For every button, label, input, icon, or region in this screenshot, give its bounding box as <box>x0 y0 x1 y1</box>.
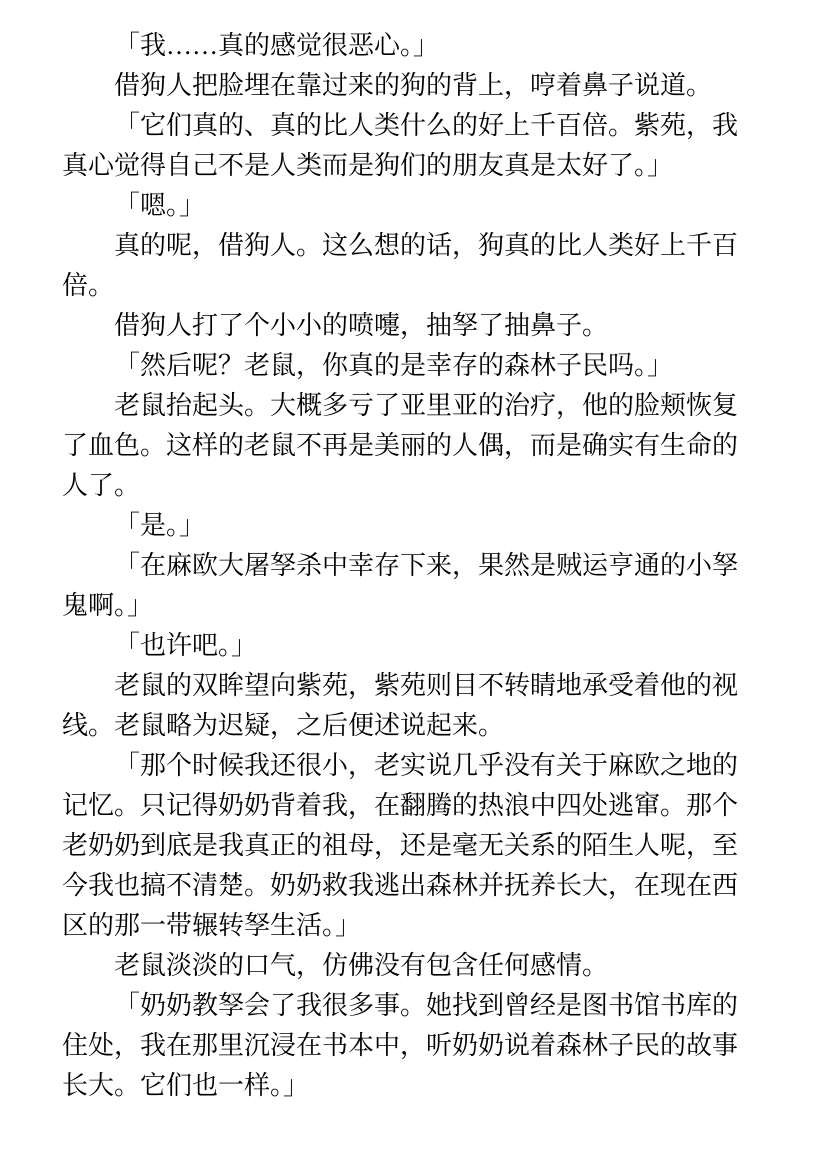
paragraph: 真的呢，借狗人。这么想的话，狗真的比人类好上千百倍。 <box>62 226 738 306</box>
paragraph: 「嗯。」 <box>62 186 738 226</box>
paragraph: 借狗人打了个小小的喷嚏，抽孥了抽鼻子。 <box>62 306 738 346</box>
paragraph: 「那个时候我还很小，老实说几乎没有关于麻欧之地的记忆。只记得奶奶背着我，在翻腾的… <box>62 746 738 946</box>
paragraph: 老鼠抬起头。大概多亏了亚里亚的治疗，他的脸颊恢复了血色。这样的老鼠不再是美丽的人… <box>62 386 738 506</box>
text-block: 「我……真的感觉很恶心。」 借狗人把脸埋在靠过来的狗的背上，哼着鼻子说道。 「它… <box>62 26 738 1106</box>
novel-page: 「我……真的感觉很恶心。」 借狗人把脸埋在靠过来的狗的背上，哼着鼻子说道。 「它… <box>0 0 826 1169</box>
paragraph: 借狗人把脸埋在靠过来的狗的背上，哼着鼻子说道。 <box>62 66 738 106</box>
paragraph: 「然后呢？老鼠，你真的是幸存的森林子民吗。」 <box>62 346 738 386</box>
paragraph: 「也许吧。」 <box>62 626 738 666</box>
paragraph: 「奶奶教孥会了我很多事。她找到曾经是图书馆书库的住处，我在那里沉浸在书本中，听奶… <box>62 986 738 1106</box>
paragraph: 老鼠的双眸望向紫苑，紫苑则目不转睛地承受着他的视线。老鼠略为迟疑，之后便述说起来… <box>62 666 738 746</box>
paragraph: 老鼠淡淡的口气，仿佛没有包含任何感情。 <box>62 946 738 986</box>
paragraph: 「在麻欧大屠孥杀中幸存下来，果然是贼运亨通的小孥鬼啊。」 <box>62 546 738 626</box>
paragraph: 「我……真的感觉很恶心。」 <box>62 26 738 66</box>
paragraph: 「是。」 <box>62 506 738 546</box>
paragraph: 「它们真的、真的比人类什么的好上千百倍。紫苑，我真心觉得自己不是人类而是狗们的朋… <box>62 106 738 186</box>
